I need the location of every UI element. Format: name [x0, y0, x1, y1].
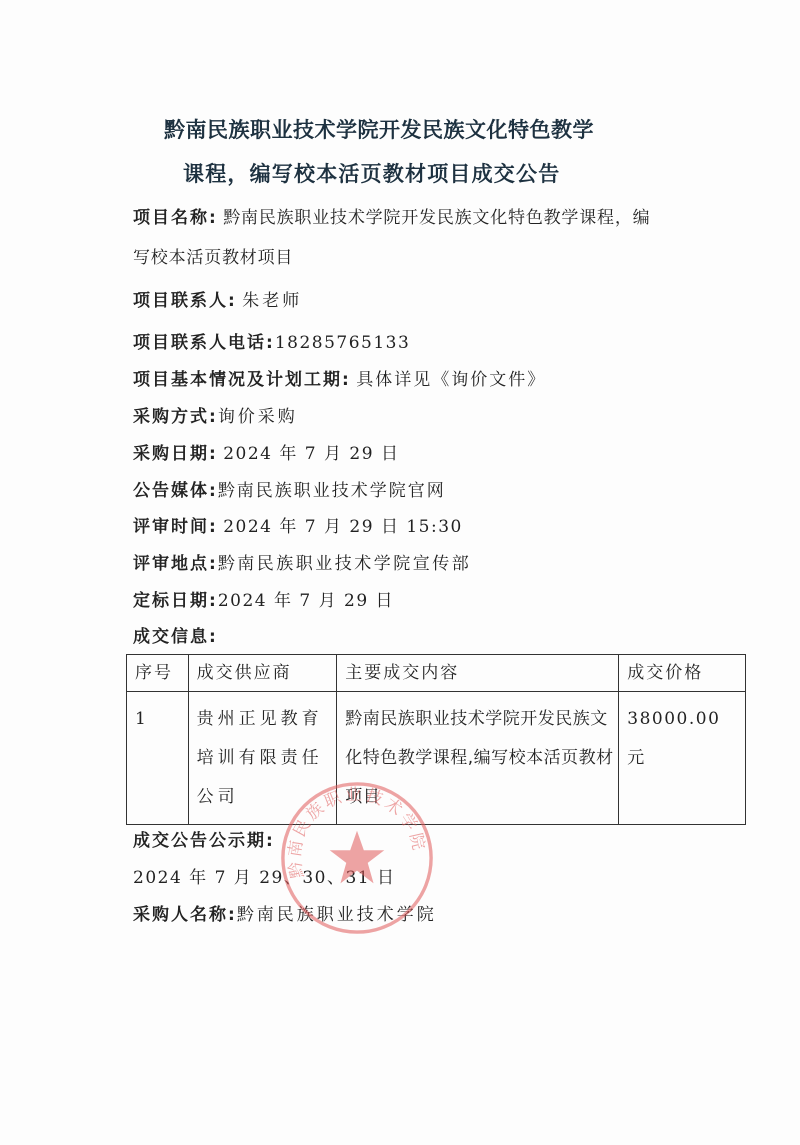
field-label: 项目基本情况及计划工期:	[133, 370, 351, 390]
field-label: 成交信息:	[133, 627, 218, 647]
field-value: 朱老师	[242, 291, 302, 311]
field-value: 写校本活页教材项目	[133, 248, 293, 268]
field-label: 评审地点:	[133, 554, 218, 574]
field-value: 黔南民族职业技术学院开发民族文化特色教学课程，编	[223, 208, 650, 228]
field-award-date: 定标日期:2024 年 7 月 29 日	[133, 590, 394, 612]
field-label: 公告媒体:	[133, 481, 218, 501]
field-value: 2024 年 7 月 29 日	[218, 591, 394, 611]
cell-supplier: 贵州正见教育培训有限责任公司	[188, 692, 337, 825]
deal-info-table: 序号 成交供应商 主要成交内容 成交价格 1 贵州正见教育培训有限责任公司 黔南…	[126, 654, 746, 825]
header-supplier: 成交供应商	[188, 655, 337, 692]
field-label: 项目联系人:	[133, 291, 237, 311]
field-label: 项目名称:	[133, 208, 218, 228]
field-label: 采购人名称:	[133, 905, 237, 925]
table-header-row: 序号 成交供应商 主要成交内容 成交价格	[127, 655, 746, 692]
field-review-time: 评审时间: 2024 年 7 月 29 日 15:30	[133, 516, 463, 538]
document-page: 黔南民族职业技术学院开发民族文化特色教学 课程，编写校本活页教材项目成交公告 项…	[0, 0, 800, 1145]
field-label: 采购日期:	[133, 444, 218, 464]
header-content: 主要成交内容	[337, 655, 619, 692]
field-purchase-date: 采购日期: 2024 年 7 月 29 日	[133, 443, 399, 465]
field-basic-info: 项目基本情况及计划工期: 具体详见《询价文件》	[133, 369, 546, 391]
field-value: 询价采购	[218, 407, 298, 427]
field-value: 2024 年 7 月 29 日	[223, 444, 399, 464]
field-label: 评审时间:	[133, 517, 218, 537]
cell-price: 38000.00 元	[619, 692, 746, 825]
field-publicity-period-value: 2024 年 7 月 29、30、31 日	[133, 867, 396, 889]
field-project-name: 项目名称: 黔南民族职业技术学院开发民族文化特色教学课程，编	[133, 207, 650, 229]
field-contact-person: 项目联系人: 朱老师	[133, 290, 302, 312]
field-publicity-period: 成交公告公示期:	[133, 830, 275, 852]
field-purchase-method: 采购方式:询价采购	[133, 406, 298, 428]
field-value: 黔南民族职业技术学院官网	[218, 481, 446, 501]
field-label: 定标日期:	[133, 591, 218, 611]
field-value: 具体详见《询价文件》	[356, 370, 546, 390]
field-value: 18285765133	[275, 333, 410, 353]
field-label: 采购方式:	[133, 407, 218, 427]
field-label: 项目联系人电话:	[133, 333, 275, 353]
field-value: 2024 年 7 月 29、30、31 日	[133, 868, 396, 888]
field-project-name-cont: 写校本活页教材项目	[133, 247, 293, 269]
document-title-line-1: 黔南民族职业技术学院开发民族文化特色教学	[164, 114, 594, 144]
field-label: 成交公告公示期:	[133, 831, 275, 851]
field-media: 公告媒体:黔南民族职业技术学院官网	[133, 480, 446, 502]
field-value: 2024 年 7 月 29 日 15:30	[223, 517, 463, 537]
table-row: 1 贵州正见教育培训有限责任公司 黔南民族职业技术学院开发民族文化特色教学课程,…	[127, 692, 746, 825]
header-price: 成交价格	[619, 655, 746, 692]
cell-no: 1	[127, 692, 189, 825]
field-value: 黔南民族职业技术学院	[237, 905, 437, 925]
field-value: 黔南民族职业技术学院宣传部	[218, 554, 472, 574]
field-purchaser: 采购人名称:黔南民族职业技术学院	[133, 904, 437, 926]
header-no: 序号	[127, 655, 189, 692]
field-review-place: 评审地点:黔南民族职业技术学院宣传部	[133, 553, 471, 575]
cell-content: 黔南民族职业技术学院开发民族文化特色教学课程,编写校本活页教材项目	[337, 692, 619, 825]
field-deal-info: 成交信息:	[133, 626, 218, 648]
document-title-line-2: 课程，编写校本活页教材项目成交公告	[183, 158, 560, 188]
field-contact-phone: 项目联系人电话:18285765133	[133, 332, 410, 354]
